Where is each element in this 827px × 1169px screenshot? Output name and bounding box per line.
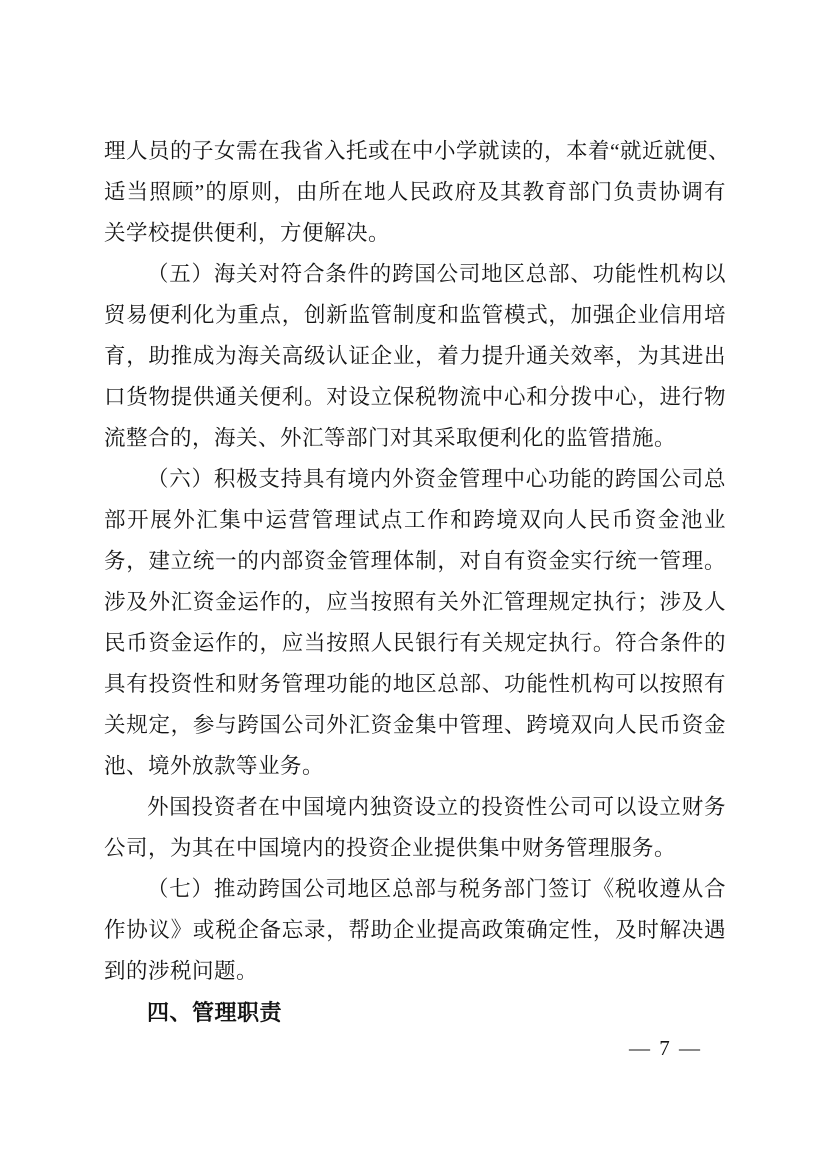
text-line: 涉及外汇资金运作的，应当按照有关外汇管理规定执行；涉及人 — [104, 582, 726, 623]
text-line: （五）海关对符合条件的跨国公司地区总部、功能性机构以 — [104, 254, 726, 295]
text-line: 部开展外汇集中运营管理试点工作和跨境双向人民币资金池业 — [104, 500, 726, 541]
text-line: （七）推动跨国公司地区总部与税务部门签订《税收遵从合 — [104, 869, 726, 910]
section-heading: 四、管理职责 — [104, 992, 726, 1033]
text-line: 适当照顾”的原则，由所在地人民政府及其教育部门负责协调有 — [104, 172, 726, 213]
text-line: 具有投资性和财务管理功能的地区总部、功能性机构可以按照有 — [104, 664, 726, 705]
text-line: 关学校提供便利，方便解决。 — [104, 213, 726, 254]
text-line: 育，助推成为海关高级认证企业，着力提升通关效率，为其进出 — [104, 336, 726, 377]
body-text: 理人员的子女需在我省入托或在中小学就读的，本着“就近就便、 适当照顾”的原则，由… — [104, 131, 726, 1033]
page-number: — 7 — — [629, 1036, 702, 1060]
document-page: 理人员的子女需在我省入托或在中小学就读的，本着“就近就便、 适当照顾”的原则，由… — [0, 0, 827, 1169]
text-line: 口货物提供通关便利。对设立保税物流中心和分拨中心，进行物 — [104, 377, 726, 418]
text-line: 理人员的子女需在我省入托或在中小学就读的，本着“就近就便、 — [104, 131, 726, 172]
text-line: 作协议》或税企备忘录，帮助企业提高政策确定性，及时解决遇 — [104, 910, 726, 951]
text-line: 公司，为其在中国境内的投资企业提供集中财务管理服务。 — [104, 828, 726, 869]
text-line: （六）积极支持具有境内外资金管理中心功能的跨国公司总 — [104, 459, 726, 500]
text-line: 到的涉税问题。 — [104, 951, 726, 992]
text-line: 关规定，参与跨国公司外汇资金集中管理、跨境双向人民币资金 — [104, 705, 726, 746]
text-line: 流整合的，海关、外汇等部门对其采取便利化的监管措施。 — [104, 418, 726, 459]
text-line: 贸易便利化为重点，创新监管制度和监管模式，加强企业信用培 — [104, 295, 726, 336]
text-line: 池、境外放款等业务。 — [104, 746, 726, 787]
text-line: 民币资金运作的，应当按照人民银行有关规定执行。符合条件的 — [104, 623, 726, 664]
text-line: 外国投资者在中国境内独资设立的投资性公司可以设立财务 — [104, 787, 726, 828]
text-line: 务，建立统一的内部资金管理体制，对自有资金实行统一管理。 — [104, 541, 726, 582]
